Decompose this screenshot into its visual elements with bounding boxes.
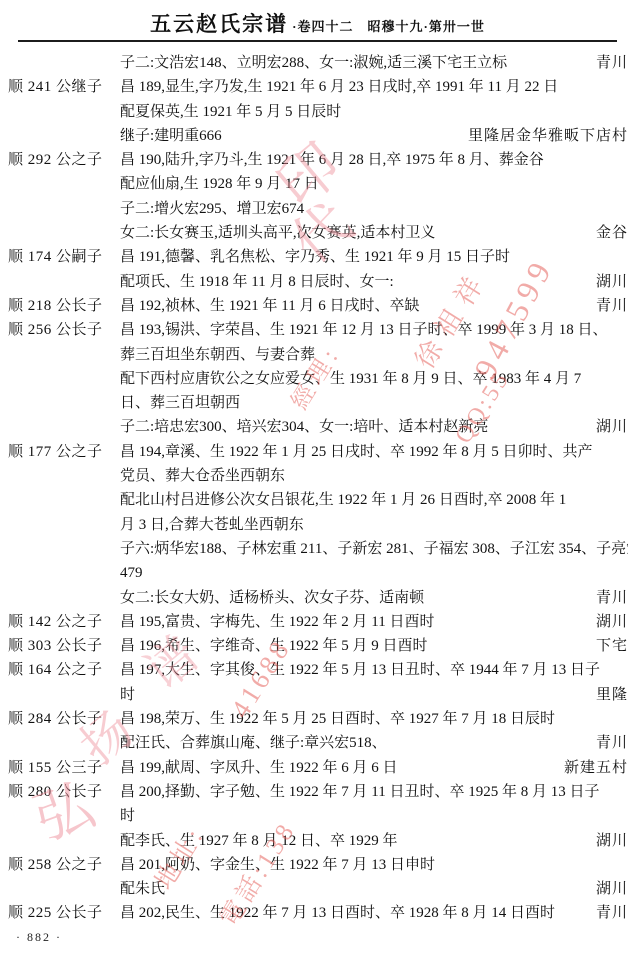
entry-text: 昌 196,希生、字维奇、生 1922 年 5 月 9 日酉时 xyxy=(120,634,596,658)
entry-row: 顺 241 公继子昌 189,显生,字乃发,生 1921 年 6 月 23 日戌… xyxy=(8,75,628,99)
entry-place-name: 湖川 xyxy=(596,829,628,853)
entry-row: 顺 225 公长子昌 202,民生、生 1922 年 7 月 13 日酉时、卒 … xyxy=(8,901,628,925)
entry-row: 继子:建明重666里隆居金华雅畈下店村 xyxy=(8,124,628,148)
entry-text: 昌 190,陆升,字乃斗,生 1921 年 6 月 28 日,卒 1975 年 … xyxy=(120,148,628,172)
entry-place-name: 里隆居金华雅畈下店村 xyxy=(468,124,628,148)
entry-text: 日、葬三百坦朝西 xyxy=(120,391,628,415)
entry-row: 子二:培忠宏300、培兴宏304、女一:培叶、适本村赵新亮湖川 xyxy=(8,415,628,439)
entry-place-name: 金谷 xyxy=(596,221,628,245)
entry-row: 顺 256 公长子昌 193,锡洪、字荣昌、生 1921 年 12 月 13 日… xyxy=(8,318,628,342)
entry-relation-label: 顺 280 公长子 xyxy=(8,780,120,804)
entry-relation-label: 顺 155 公三子 xyxy=(8,756,120,780)
header-divider-line xyxy=(18,40,617,42)
entry-text: 昌 199,献周、字凤升、生 1922 年 6 月 6 日 xyxy=(120,756,564,780)
entry-text: 配项氏、生 1918 年 11 月 8 日辰时、女一: xyxy=(120,270,596,294)
entry-row: 顺 164 公之子昌 197,大生、字其俊、生 1922 年 5 月 13 日丑… xyxy=(8,658,628,682)
entry-place-name: 青川 xyxy=(596,51,628,75)
entry-row: 顺 258 公之子昌 201,阿奶、字金生、生 1922 年 7 月 13 日申… xyxy=(8,853,628,877)
entry-place-name: 青川 xyxy=(596,731,628,755)
entry-row: 配夏保英,生 1921 年 5 月 5 日辰时 xyxy=(8,100,628,124)
entry-text: 葬三百坦坐东朝西、与妻合葬 xyxy=(120,343,628,367)
entry-text: 月 3 日,合葬大苍虬坐西朝东 xyxy=(120,513,628,537)
entry-row: 子二:增火宏295、增卫宏674 xyxy=(8,197,628,221)
volume-generation-subtitle: ·卷四十二 昭穆十九·第卅一世 xyxy=(292,19,485,34)
entry-text: 配北山村吕进修公次女吕银花,生 1922 年 1 月 26 日酉时,卒 2008… xyxy=(120,488,628,512)
entry-text: 昌 202,民生、生 1922 年 7 月 13 日酉时、卒 1928 年 8 … xyxy=(120,901,596,925)
entry-row: 日、葬三百坦朝西 xyxy=(8,391,628,415)
entry-row: 党员、葬大仓岙坐西朝东 xyxy=(8,464,628,488)
entry-relation-label: 顺 177 公之子 xyxy=(8,440,120,464)
entry-row: 配应仙扇,生 1928 年 9 月 17 日 xyxy=(8,172,628,196)
entry-row: 顺 174 公嗣子昌 191,德馨、乳名焦松、字乃秀、生 1921 年 9 月 … xyxy=(8,245,628,269)
entry-text: 女二:长女赛玉,适圳头高平,次女赛英,适本村卫义 xyxy=(120,221,596,245)
entry-row: 时里隆 xyxy=(8,683,628,707)
entry-row: 配汪氏、合葬旗山庵、继子:章兴宏518、青川 xyxy=(8,731,628,755)
entry-row: 配朱氏湖川 xyxy=(8,877,628,901)
entry-row: 配李氏、生 1927 年 8 月 12 日、卒 1929 年湖川 xyxy=(8,829,628,853)
entry-row: 月 3 日,合葬大苍虬坐西朝东 xyxy=(8,513,628,537)
entry-text: 昌 191,德馨、乳名焦松、字乃秀、生 1921 年 9 月 15 日子时 xyxy=(120,245,628,269)
entry-text: 配下西村应唐钦公之女应爱女、生 1931 年 8 月 9 日、卒 1983 年 … xyxy=(120,367,628,391)
entry-row: 配项氏、生 1918 年 11 月 8 日辰时、女一:湖川 xyxy=(8,270,628,294)
entry-text: 子六:炳华宏188、子林宏重 211、子新宏 281、子福宏 308、子江宏 3… xyxy=(120,537,628,561)
entry-relation-label: 顺 284 公长子 xyxy=(8,707,120,731)
entry-text: 时 xyxy=(120,804,628,828)
entry-text: 子二:增火宏295、增卫宏674 xyxy=(120,197,628,221)
entry-row: 葬三百坦坐东朝西、与妻合葬 xyxy=(8,343,628,367)
page-number: · 882 · xyxy=(16,930,62,945)
entry-place-name: 湖川 xyxy=(596,877,628,901)
entry-place-name: 下宅 xyxy=(596,634,628,658)
entry-text: 昌 198,荣万、生 1922 年 5 月 25 日酉时、卒 1927 年 7 … xyxy=(120,707,628,731)
entry-place-name: 青川 xyxy=(596,586,628,610)
entry-text: 配汪氏、合葬旗山庵、继子:章兴宏518、 xyxy=(120,731,596,755)
entry-place-name: 青川 xyxy=(596,294,628,318)
entry-text: 党员、葬大仓岙坐西朝东 xyxy=(120,464,628,488)
entry-text: 昌 192,祯林、生 1921 年 11 月 6 日戌时、卒缺 xyxy=(120,294,596,318)
entry-relation-label: 顺 142 公之子 xyxy=(8,610,120,634)
entry-row: 顺 155 公三子昌 199,献周、字凤升、生 1922 年 6 月 6 日新建… xyxy=(8,756,628,780)
entry-text: 昌 189,显生,字乃发,生 1921 年 6 月 23 日戌时,卒 1991 … xyxy=(120,75,628,99)
entry-text: 昌 197,大生、字其俊、生 1922 年 5 月 13 日丑时、卒 1944 … xyxy=(120,658,628,682)
entry-text: 配夏保英,生 1921 年 5 月 5 日辰时 xyxy=(120,100,628,124)
entry-row: 配下西村应唐钦公之女应爱女、生 1931 年 8 月 9 日、卒 1983 年 … xyxy=(8,367,628,391)
entry-row: 顺 280 公长子昌 200,择勤、字子勉、生 1922 年 7 月 11 日丑… xyxy=(8,780,628,804)
entry-place-name: 青川 xyxy=(596,901,628,925)
entry-place-name: 里隆 xyxy=(596,683,628,707)
entry-text: 昌 201,阿奶、字金生、生 1922 年 7 月 13 日申时 xyxy=(120,853,628,877)
entry-text: 女二:长女大奶、适杨桥头、次女子芬、适南顿 xyxy=(120,586,596,610)
entry-place-name: 新建五村 xyxy=(564,756,628,780)
entry-relation-label: 顺 225 公长子 xyxy=(8,901,120,925)
entry-row: 女二:长女赛玉,适圳头高平,次女赛英,适本村卫义金谷 xyxy=(8,221,628,245)
entry-relation-label: 顺 164 公之子 xyxy=(8,658,120,682)
entries-list: 子二:文浩宏148、立明宏288、女一:淑婉,适三溪下宅王立标青川顺 241 公… xyxy=(8,51,628,926)
entry-text: 昌 193,锡洪、字荣昌、生 1921 年 12 月 13 日子时、卒 1999… xyxy=(120,318,628,342)
entry-place-name: 湖川 xyxy=(596,415,628,439)
entry-text: 479 xyxy=(120,561,628,585)
entry-text: 配李氏、生 1927 年 8 月 12 日、卒 1929 年 xyxy=(120,829,596,853)
entry-row: 顺 142 公之子昌 195,富贵、字梅先、生 1922 年 2 月 11 日酉… xyxy=(8,610,628,634)
entry-row: 子六:炳华宏188、子林宏重 211、子新宏 281、子福宏 308、子江宏 3… xyxy=(8,537,628,561)
entry-place-name: 湖川 xyxy=(596,610,628,634)
entry-relation-label: 顺 258 公之子 xyxy=(8,853,120,877)
entry-row: 子二:文浩宏148、立明宏288、女一:淑婉,适三溪下宅王立标青川 xyxy=(8,51,628,75)
entry-text: 昌 194,章溪、生 1922 年 1 月 25 日戌时、卒 1992 年 8 … xyxy=(120,440,628,464)
entry-text: 配应仙扇,生 1928 年 9 月 17 日 xyxy=(120,172,628,196)
entry-text: 昌 195,富贵、字梅先、生 1922 年 2 月 11 日酉时 xyxy=(120,610,596,634)
entry-row: 顺 303 公长子昌 196,希生、字维奇、生 1922 年 5 月 9 日酉时… xyxy=(8,634,628,658)
genealogy-title: 五云赵氏宗谱 xyxy=(150,12,288,36)
entry-row: 女二:长女大奶、适杨桥头、次女子芬、适南顿青川 xyxy=(8,586,628,610)
entry-relation-label: 顺 303 公长子 xyxy=(8,634,120,658)
entry-text: 配朱氏 xyxy=(120,877,596,901)
entry-text: 时 xyxy=(120,683,596,707)
entry-relation-label: 顺 174 公嗣子 xyxy=(8,245,120,269)
entry-row: 顺 292 公之子昌 190,陆升,字乃斗,生 1921 年 6 月 28 日,… xyxy=(8,148,628,172)
genealogy-page: 五云赵氏宗谱·卷四十二 昭穆十九·第卅一世 子二:文浩宏148、立明宏288、女… xyxy=(0,0,635,968)
entry-row: 顺 218 公长子昌 192,祯林、生 1921 年 11 月 6 日戌时、卒缺… xyxy=(8,294,628,318)
entry-relation-label: 顺 256 公长子 xyxy=(8,318,120,342)
entry-row: 顺 177 公之子昌 194,章溪、生 1922 年 1 月 25 日戌时、卒 … xyxy=(8,440,628,464)
entry-text: 子二:培忠宏300、培兴宏304、女一:培叶、适本村赵新亮 xyxy=(120,415,596,439)
entry-row: 配北山村吕进修公次女吕银花,生 1922 年 1 月 26 日酉时,卒 2008… xyxy=(8,488,628,512)
entry-row: 479 xyxy=(8,561,628,585)
entry-relation-label: 顺 292 公之子 xyxy=(8,148,120,172)
entry-row: 顺 284 公长子昌 198,荣万、生 1922 年 5 月 25 日酉时、卒 … xyxy=(8,707,628,731)
entry-relation-label: 顺 241 公继子 xyxy=(8,75,120,99)
entry-text: 昌 200,择勤、字子勉、生 1922 年 7 月 11 日丑时、卒 1925 … xyxy=(120,780,628,804)
entry-text: 继子:建明重666 xyxy=(120,124,468,148)
entry-relation-label: 顺 218 公长子 xyxy=(8,294,120,318)
page-header: 五云赵氏宗谱·卷四十二 昭穆十九·第卅一世 xyxy=(0,8,635,38)
entry-text: 子二:文浩宏148、立明宏288、女一:淑婉,适三溪下宅王立标 xyxy=(120,51,596,75)
entry-place-name: 湖川 xyxy=(596,270,628,294)
entry-row: 时 xyxy=(8,804,628,828)
